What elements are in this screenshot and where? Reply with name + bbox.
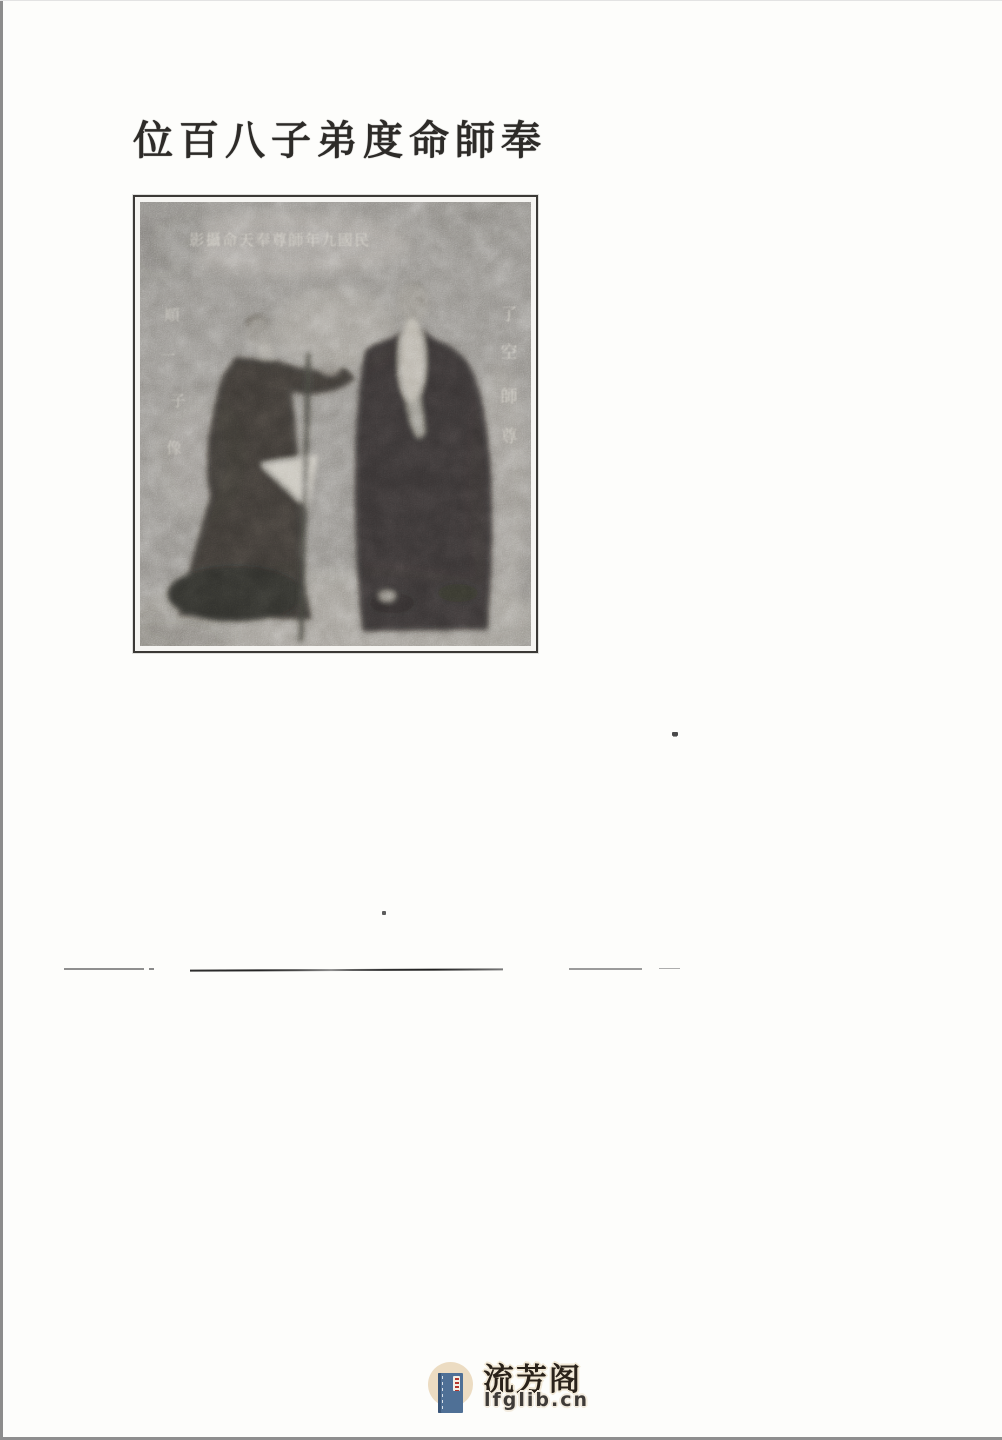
ink-speck: [382, 911, 386, 915]
ink-speck: [672, 732, 678, 736]
scan-edge-left: [0, 0, 3, 1440]
scan-rule-segment: [659, 968, 680, 969]
scan-edge-top: [0, 0, 1002, 1]
master-photo: 影攝命天奉尊師年九國民 了 空 師 尊 順 一 子 像: [140, 202, 531, 646]
scan-rule-segment: [569, 968, 642, 970]
watermark-site-url: lfglib.cn: [484, 1389, 589, 1411]
photo-grain-texture: [140, 202, 531, 646]
scan-rule-segment: [149, 968, 154, 970]
book-icon: [428, 1362, 473, 1407]
scan-rule-segment: [64, 968, 144, 970]
page-title: 位百八子弟度命師奉: [133, 118, 553, 164]
stitched-book-icon: [438, 1373, 463, 1413]
photo-frame: 影攝命天奉尊師年九國民 了 空 師 尊 順 一 子 像: [133, 195, 538, 653]
scan-rule-segment: [190, 968, 503, 971]
book-stitching: [442, 1376, 443, 1409]
watermark: 流芳阁 lfglib.cn: [428, 1352, 648, 1422]
book-title-label: [453, 1376, 460, 1391]
